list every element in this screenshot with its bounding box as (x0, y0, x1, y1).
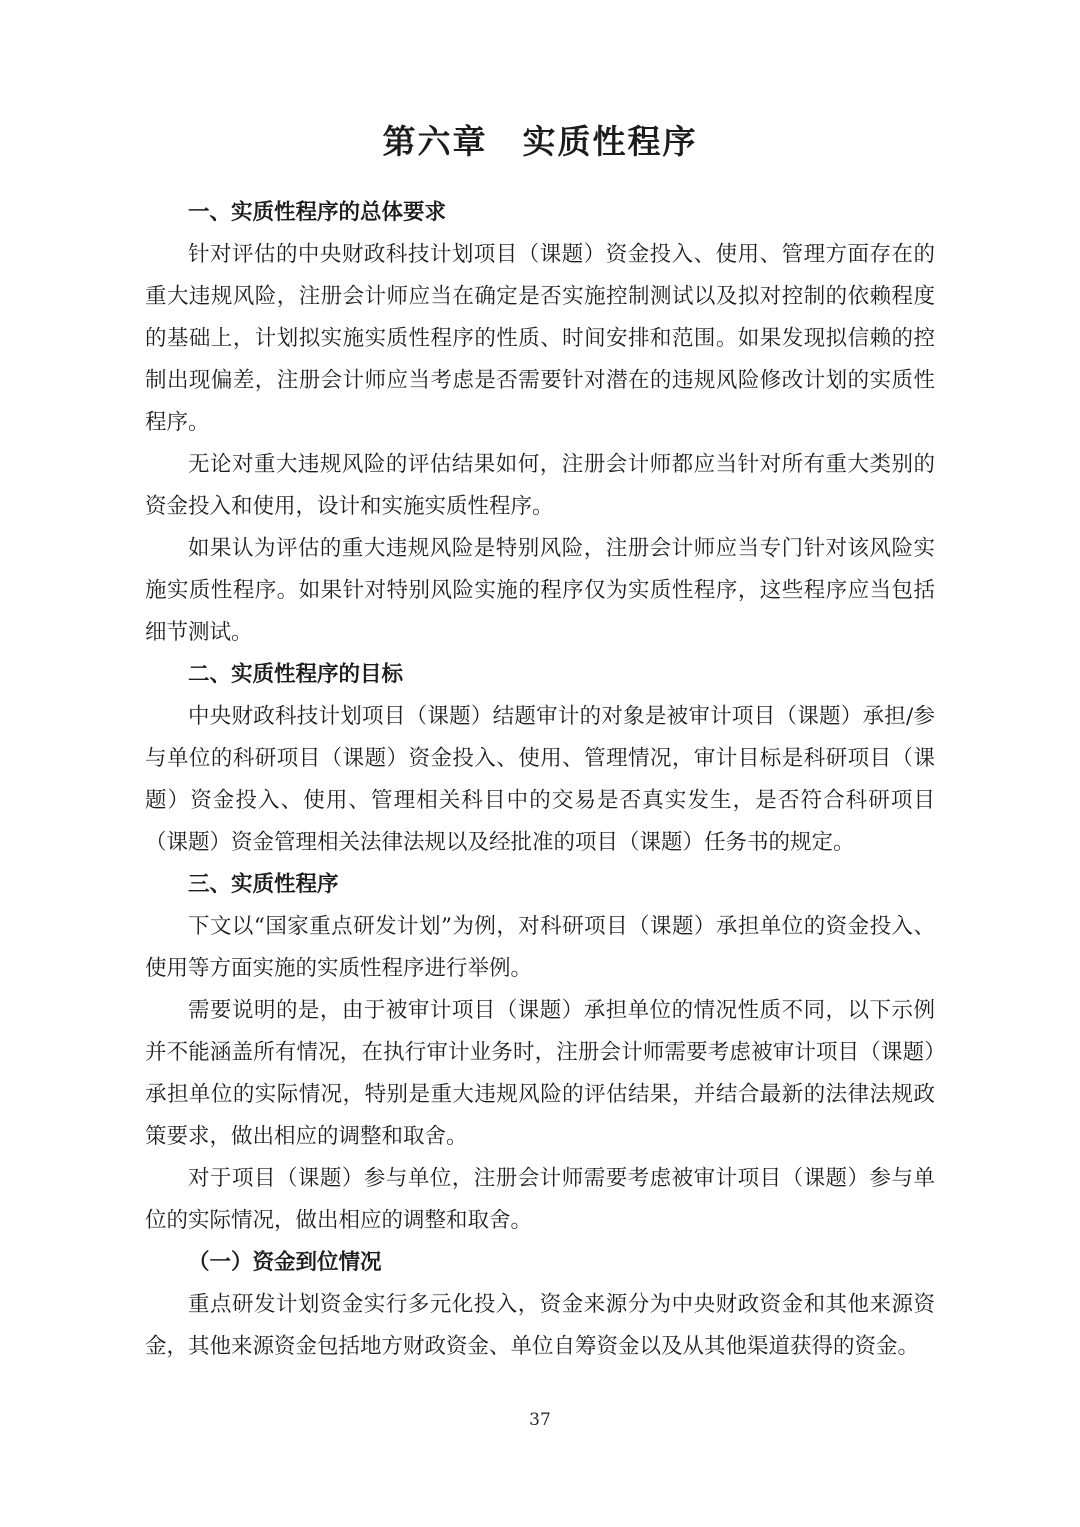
page-content: 第六章 实质性程序 一、实质性程序的总体要求 针对评估的中央财政科技计划项目（课… (145, 118, 935, 1368)
paragraph: 下文以“国家重点研发计划”为例，对科研项目（课题）承担单位的资金投入、使用等方面… (145, 906, 935, 990)
section-heading-2: 二、实质性程序的目标 (145, 654, 935, 696)
page-number: 37 (0, 1410, 1080, 1430)
paragraph: 如果认为评估的重大违规风险是特别风险，注册会计师应当专门针对该风险实施实质性程序… (145, 528, 935, 654)
paragraph: 对于项目（课题）参与单位，注册会计师需要考虑被审计项目（课题）参与单位的实际情况… (145, 1158, 935, 1242)
paragraph: 无论对重大违规风险的评估结果如何，注册会计师都应当针对所有重大类别的资金投入和使… (145, 444, 935, 528)
paragraph: 中央财政科技计划项目（课题）结题审计的对象是被审计项目（课题）承担/参与单位的科… (145, 696, 935, 864)
subsection-heading-1: （一）资金到位情况 (145, 1242, 935, 1284)
document-page: 第六章 实质性程序 一、实质性程序的总体要求 针对评估的中央财政科技计划项目（课… (0, 0, 1080, 1527)
paragraph: 重点研发计划资金实行多元化投入，资金来源分为中央财政资金和其他来源资金，其他来源… (145, 1284, 935, 1368)
paragraph: 需要说明的是，由于被审计项目（课题）承担单位的情况性质不同，以下示例并不能涵盖所… (145, 990, 935, 1158)
chapter-title: 第六章 实质性程序 (145, 118, 935, 166)
section-heading-3: 三、实质性程序 (145, 864, 935, 906)
section-heading-1: 一、实质性程序的总体要求 (145, 192, 935, 234)
paragraph: 针对评估的中央财政科技计划项目（课题）资金投入、使用、管理方面存在的重大违规风险… (145, 234, 935, 444)
